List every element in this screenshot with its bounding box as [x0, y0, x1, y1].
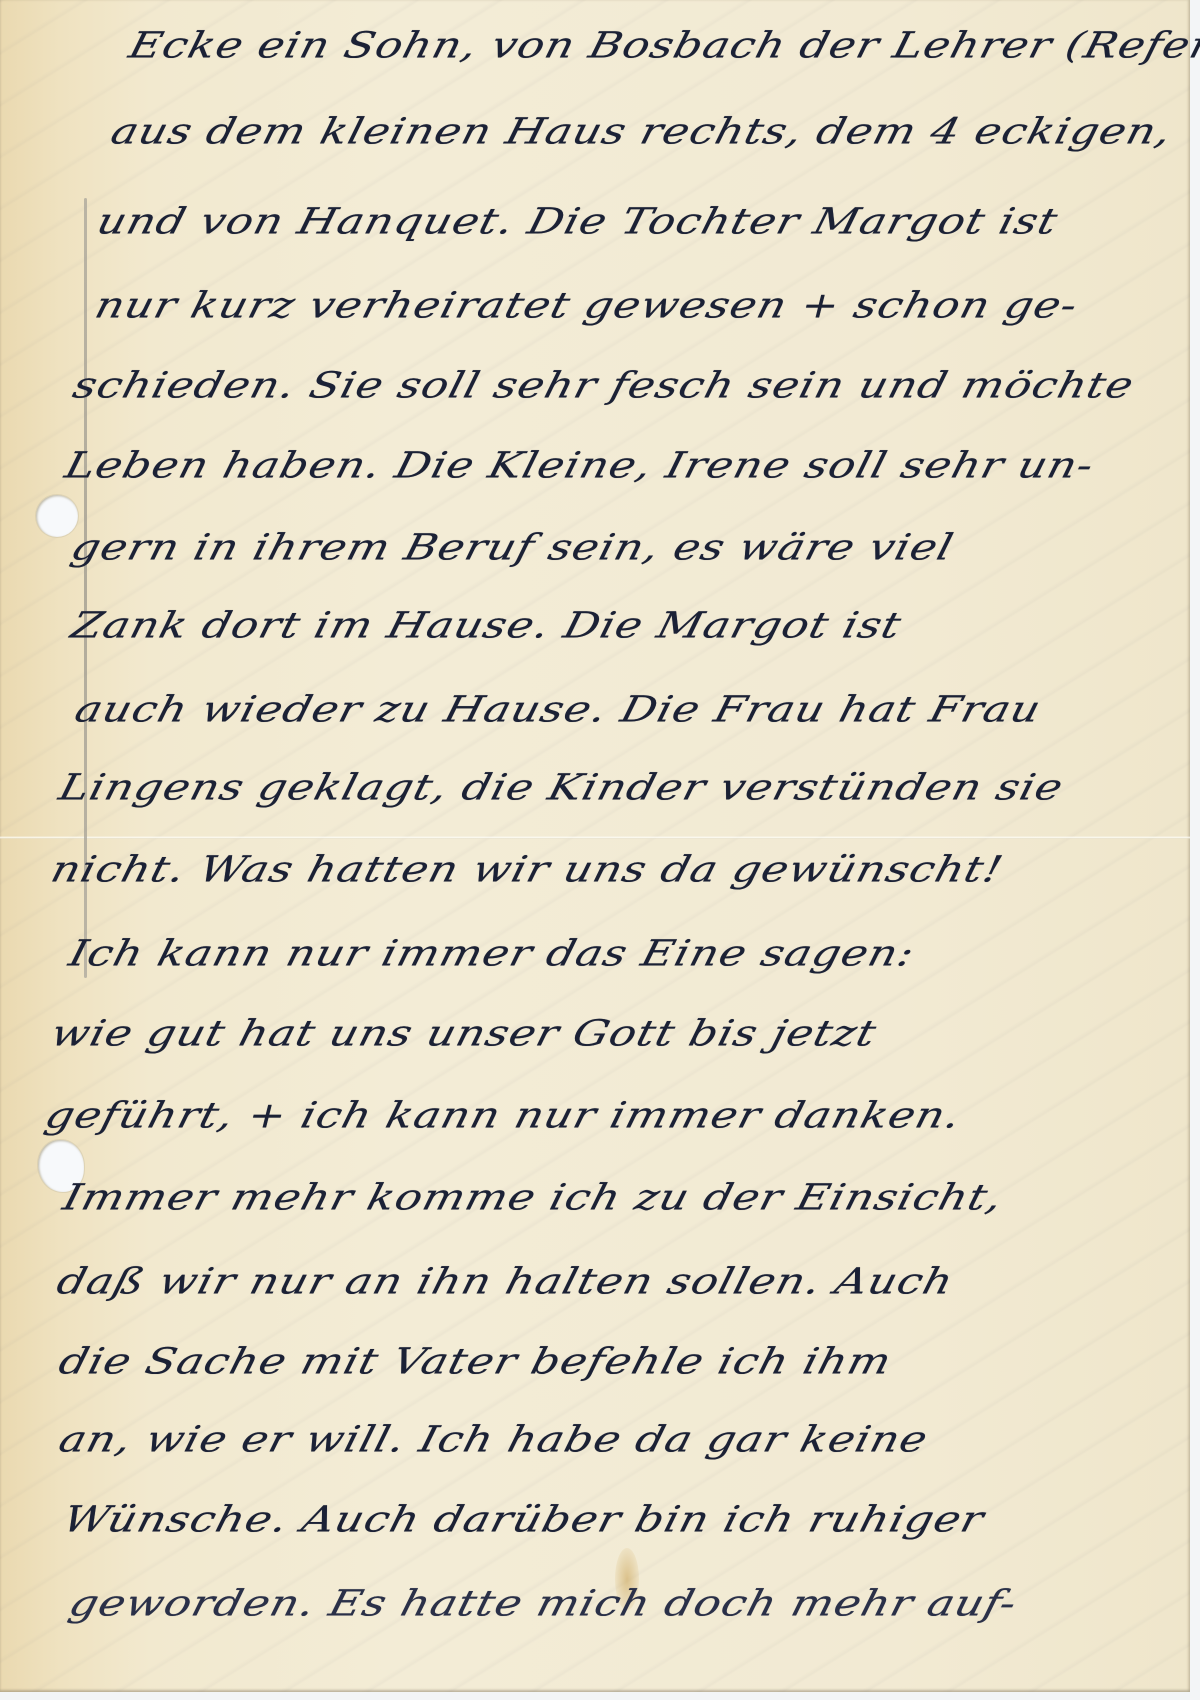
letter-line: an, wie er will. Ich habe da gar keine — [55, 1419, 933, 1461]
letter-line: schieden. Sie soll sehr fesch sein und m… — [69, 365, 1139, 407]
letter-line: nicht. Was hatten wir uns da gewünscht! — [47, 849, 1008, 891]
letter-line: nur kurz verheiratet gewesen + schon ge- — [91, 285, 1083, 327]
letter-line: Wünsche. Auch darüber bin ich ruhiger — [59, 1499, 989, 1541]
letter-line: Immer mehr komme ich zu der Einsicht, — [59, 1177, 1008, 1219]
letter-line: aus dem kleinen Haus rechts, dem 4 eckig… — [107, 111, 1177, 153]
letter-line: Ich kann nur immer das Eine sagen: — [65, 933, 919, 975]
letter-line: Leben haben. Die Kleine, Irene soll sehr… — [61, 445, 1099, 487]
letter-line: gern in ihrem Beruf sein, es wäre viel — [67, 527, 958, 569]
letter-line: Lingens geklagt, die Kinder verstünden s… — [55, 767, 1068, 809]
letter-line: Ecke ein Sohn, von Bosbach der Lehrer (R… — [125, 25, 1200, 67]
letter-line: auch wieder zu Hause. Die Frau hat Frau — [71, 689, 1046, 731]
letter-page: Ecke ein Sohn, von Bosbach der Lehrer (R… — [0, 0, 1190, 1692]
letter-line: die Sache mit Vater befehle ich ihm — [55, 1341, 896, 1383]
letter-line: Zank dort im Hause. Die Margot ist — [67, 605, 906, 647]
letter-line: geworden. Es hatte mich doch mehr auf- — [65, 1583, 1022, 1625]
letter-line: wie gut hat uns unser Gott bis jetzt — [47, 1013, 881, 1055]
letter-line: geführt, + ich kann nur immer danken. — [41, 1095, 966, 1137]
letter-line: daß wir nur an ihn halten sollen. Auch — [53, 1261, 958, 1303]
letter-line: und von Hanquet. Die Tochter Margot ist — [93, 201, 1063, 243]
letter-body: Ecke ein Sohn, von Bosbach der Lehrer (R… — [0, 0, 1190, 1692]
